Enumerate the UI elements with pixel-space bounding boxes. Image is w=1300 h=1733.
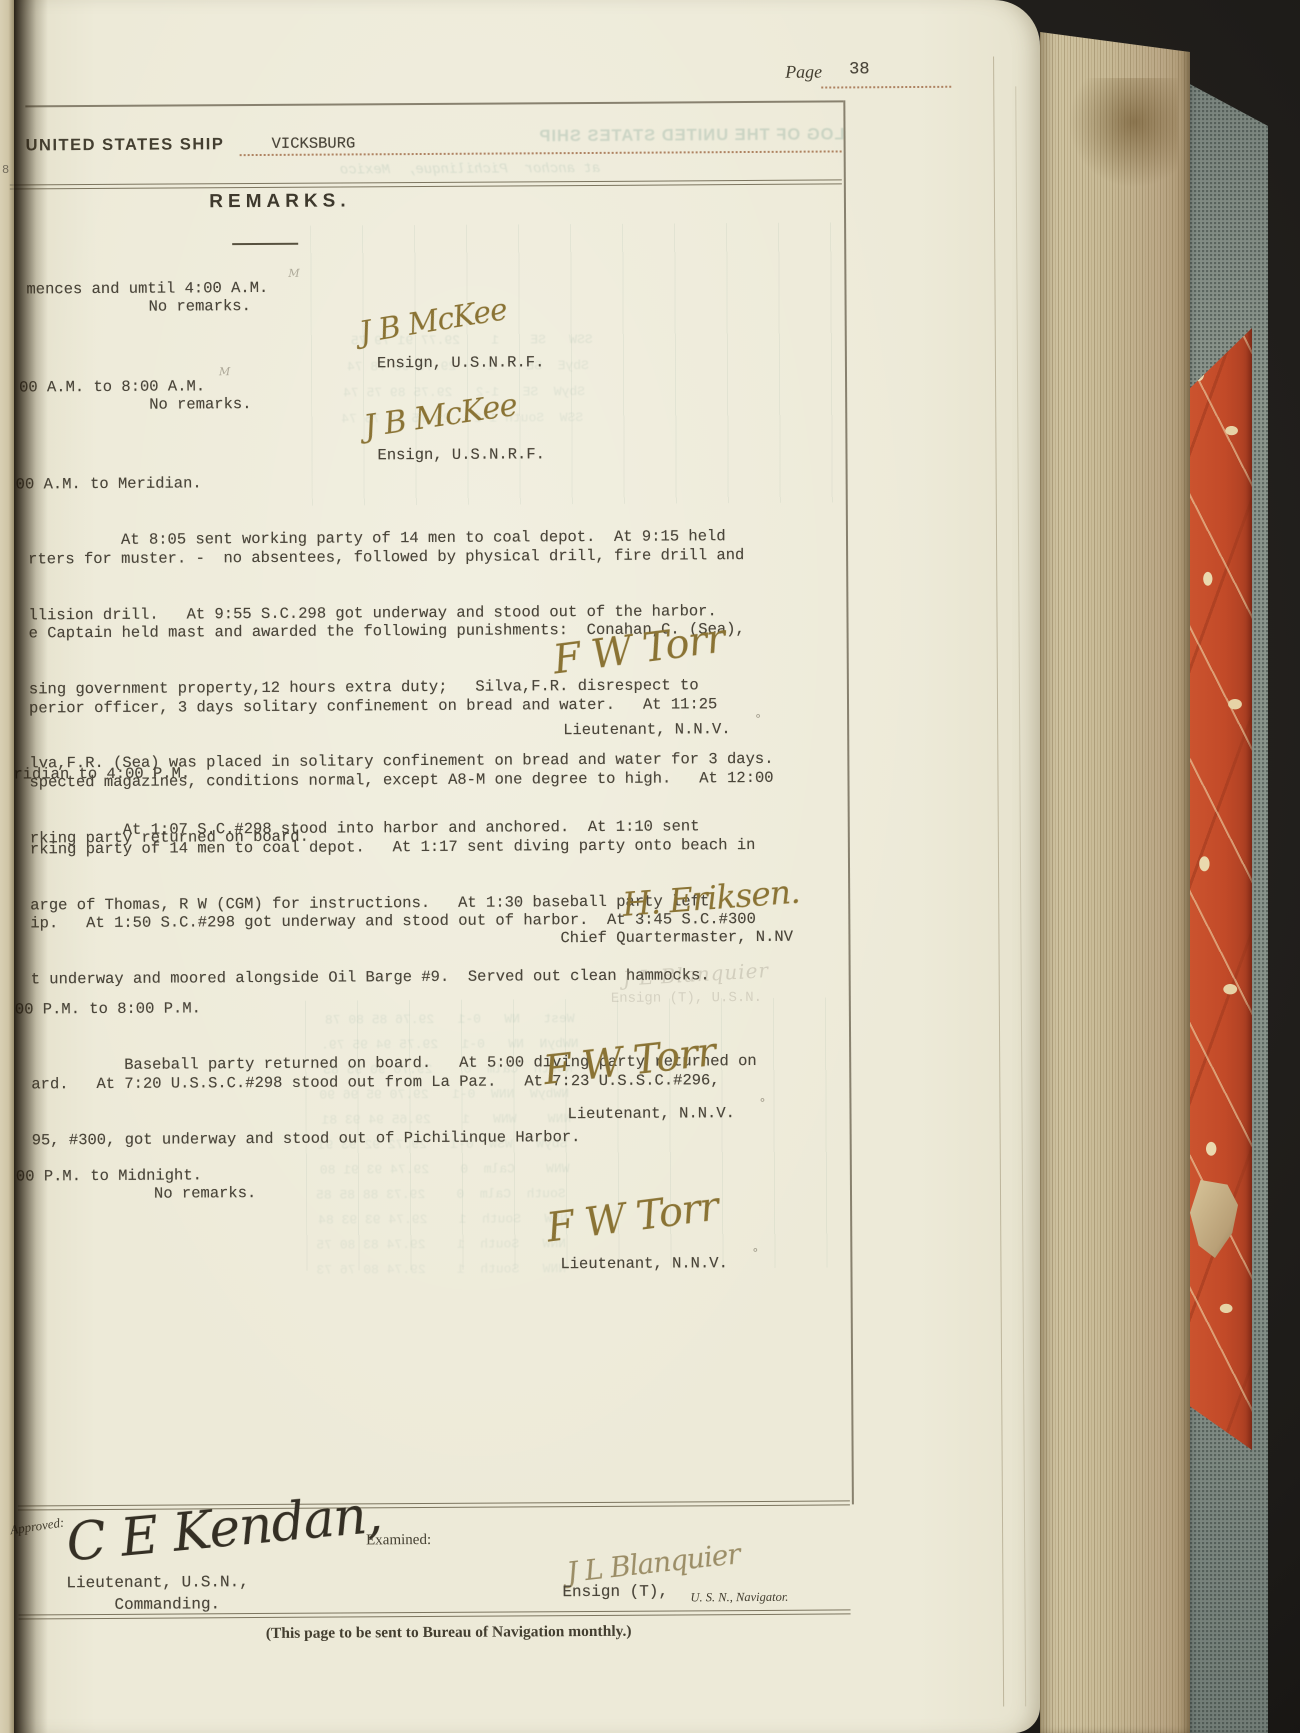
fore-edge-smudge bbox=[1068, 78, 1178, 188]
page-crease bbox=[1015, 86, 1026, 1706]
entry-period: 00 P.M. to Midnight. bbox=[16, 1166, 202, 1186]
showthrough-location-line: at anchor Pichilinque, Mexico bbox=[340, 161, 601, 179]
signature-commanding-officer: C E Kendan, bbox=[64, 1485, 384, 1574]
pencil-m-mark: M bbox=[219, 365, 230, 378]
page-number-rule bbox=[821, 85, 951, 89]
book-fore-edge bbox=[1040, 18, 1190, 1733]
examined-label: Examined: bbox=[366, 1532, 431, 1549]
margin-number: 8 bbox=[2, 163, 9, 177]
entry-line: No remarks. bbox=[149, 395, 251, 414]
entry-line: No remarks. bbox=[154, 1184, 256, 1203]
signer-title: Ensign, U.S.N.R.F. bbox=[377, 445, 545, 465]
navigator-title: U. S. N., Navigator. bbox=[690, 1590, 788, 1606]
signer-title: Chief Quartermaster, N.NV bbox=[560, 928, 793, 948]
entry-period: ridian to 4:00 P.M. bbox=[13, 764, 190, 784]
showthrough-pencil-title: Ensign (T), U.S.N. bbox=[611, 990, 762, 1007]
signer-title: Lieutenant, N.N.V. bbox=[563, 720, 731, 740]
sheet-border-top bbox=[25, 100, 843, 107]
log-page: LOG OF THE UNITED STATES SHIP at anchor … bbox=[14, 0, 1040, 1733]
scanned-logbook-photo: 8 LOG OF THE UNITED STATES SHIP at ancho… bbox=[0, 0, 1300, 1733]
approved-label: Approved: bbox=[9, 1515, 65, 1539]
showthrough-row: NNW South 1 29.74 83 80 75 bbox=[316, 1236, 566, 1253]
entry-line: No remarks. bbox=[149, 297, 251, 316]
remarks-heading: REMARKS. bbox=[140, 190, 420, 214]
showthrough-row: NNW South 1 29.74 93 93 84 bbox=[318, 1211, 568, 1228]
showthrough-row: South Calm 0 29.73 88 85 85 bbox=[316, 1186, 566, 1203]
entry-period: 00 A.M. to Meridian. bbox=[16, 474, 202, 494]
examined-title: Ensign (T), bbox=[562, 1583, 668, 1602]
pencil-m-mark: M bbox=[288, 267, 299, 280]
signer-title: Lieutenant, N.N.V. bbox=[567, 1104, 735, 1124]
ship-label: UNITED STATES SHIP bbox=[26, 135, 225, 155]
page-crease bbox=[993, 57, 1004, 1707]
page-number: 38 bbox=[849, 61, 870, 80]
page-label: Page bbox=[785, 62, 822, 83]
remarks-underline bbox=[232, 243, 298, 245]
approved-title-line2: Commanding. bbox=[114, 1595, 220, 1614]
degree-mark: ° bbox=[752, 1246, 758, 1260]
entry-period: 00 A.M. to 8:00 A.M. bbox=[19, 377, 205, 397]
degree-mark: ° bbox=[755, 712, 761, 726]
book-cover-marbled-paper bbox=[1184, 328, 1252, 1468]
showthrough-row: NNW South 1 29.74 80 76 73 bbox=[316, 1261, 566, 1278]
footer-note: (This page to be sent to Bureau of Navig… bbox=[99, 1622, 799, 1644]
entry-period: 00 P.M. to 8:00 P.M. bbox=[15, 999, 201, 1019]
entry-period: mences and umtil 4:00 A.M. bbox=[26, 279, 268, 299]
signature-navigator: J L Blanquier bbox=[565, 1537, 741, 1589]
degree-mark: ° bbox=[759, 1096, 765, 1110]
signer-title: Lieutenant, N.N.V. bbox=[560, 1254, 728, 1274]
ship-name: VICKSBURG bbox=[272, 134, 356, 153]
signer-title: Ensign, U.S.N.R.F. bbox=[377, 353, 545, 373]
showthrough-log-header: LOG OF THE UNITED STATES SHIP bbox=[464, 125, 844, 146]
approved-title-line1: Lieutenant, U.S.N., bbox=[66, 1573, 249, 1593]
